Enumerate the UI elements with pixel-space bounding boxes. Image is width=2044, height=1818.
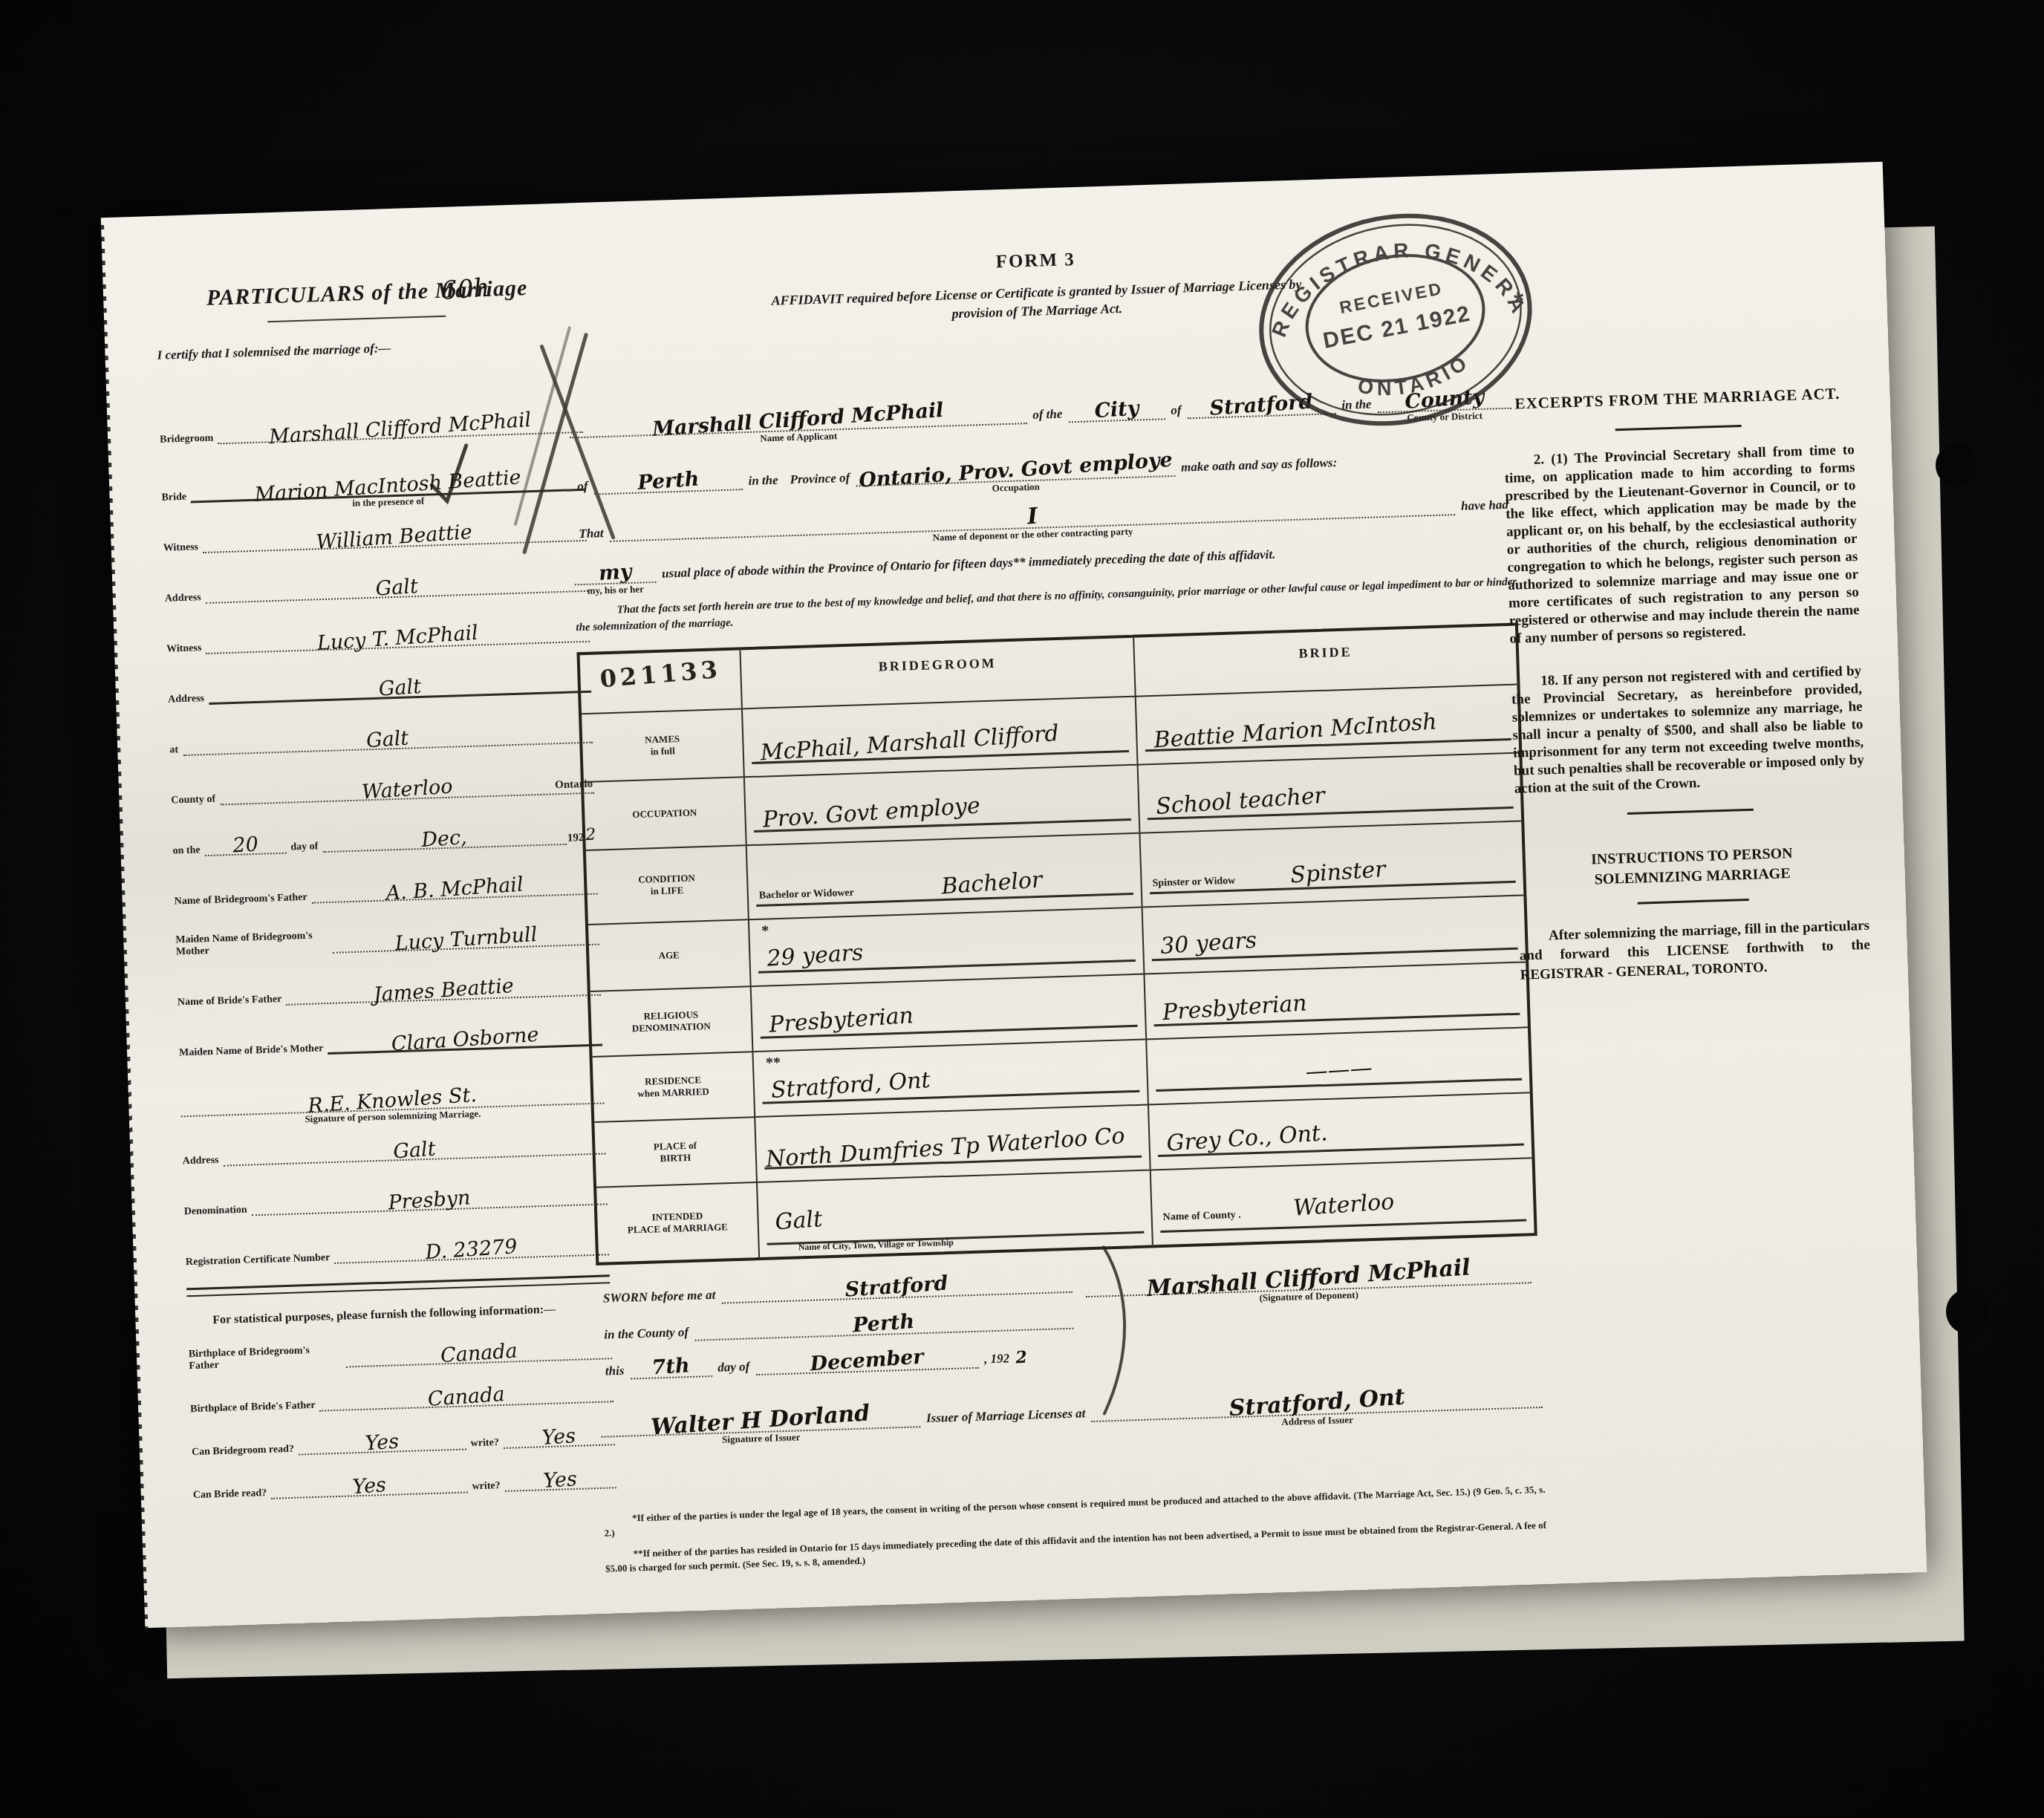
of-the-print: of the xyxy=(1026,406,1069,424)
marriage-affidavit-document: 60h PARTICULARS of the Marriage I certif… xyxy=(101,162,1927,1628)
field-label: Can Bride read? xyxy=(193,1488,272,1502)
field-label: on the xyxy=(172,844,204,857)
punch-hole-top xyxy=(1936,444,1977,486)
instructions-divider xyxy=(1627,809,1754,815)
title-divider xyxy=(267,316,446,323)
bride-occupation-cell: School teacher xyxy=(1137,752,1522,833)
occupation-segment: Ontario, Prov. Govt employe Occupation xyxy=(856,454,1176,486)
issuer-address-segment: Stratford, Ont Address of Issuer xyxy=(1091,1383,1543,1422)
bride-religion-cell: Presbyterian xyxy=(1143,961,1528,1038)
handwritten-groom-birthplace: North Dumfries Tp Waterloo Co xyxy=(765,1123,1126,1173)
excerpt-paragraph-2-1: 2. (1) The Provincial Secretary shall fr… xyxy=(1504,441,1861,648)
bride-residence-dash: ——— xyxy=(1304,1055,1373,1085)
groom-intended-place-cell: Galt Name of City, Town, Village or Town… xyxy=(756,1169,1152,1257)
handwritten-sworn-county: Perth xyxy=(852,1310,915,1337)
year-print: , 192 xyxy=(978,1351,1016,1369)
sworn-line-1: SWORN before me at Stratford xyxy=(596,1270,1073,1308)
scanned-document-scene: 60h PARTICULARS of the Marriage I certif… xyxy=(0,0,2044,1818)
handwritten-day: 20 xyxy=(232,833,258,857)
field-label: Bride xyxy=(161,492,191,504)
spinster-or-widow-label: Spinster or Widow xyxy=(1152,876,1235,890)
handwritten-my: my xyxy=(598,560,632,585)
field-label: Address xyxy=(165,592,206,605)
field-line: Yes xyxy=(502,1401,615,1449)
field-line: Dec, xyxy=(321,793,566,853)
sworn-county-segment: Perth xyxy=(694,1306,1074,1341)
my-his-or-her-label: my, his or her xyxy=(587,583,644,596)
deponent-line: That I Name of deponent or the other con… xyxy=(573,489,1514,544)
bridegroom-bride-table: 021133 BRIDEGROOM BRIDE NAMES in full Mc… xyxy=(576,622,1537,1265)
particulars-title: PARTICULARS of the Marriage xyxy=(155,274,579,313)
row-label-line1: NAMES xyxy=(645,733,680,746)
name-of-applicant-label: Name of Applicant xyxy=(760,430,837,444)
handwritten-intended-county: Waterloo xyxy=(1292,1189,1395,1222)
handwritten-bride-occupation: School teacher xyxy=(1155,783,1326,820)
field-line: Yes xyxy=(297,1406,466,1456)
sworn-before-print: SWORN before me at xyxy=(596,1288,721,1308)
bride-age-cell: 30 years xyxy=(1142,894,1526,973)
bride-intended-county-cell: Name of County . Waterloo xyxy=(1150,1157,1534,1245)
particulars-fields: Bridegroom Marshall Clifford McPhail Bri… xyxy=(158,382,609,1268)
write-label: write? xyxy=(466,1437,504,1450)
row-label-line2: BIRTH xyxy=(660,1152,691,1164)
row-label: RESIDENCE when MARRIED xyxy=(593,1051,755,1121)
issuer-signature-row: Walter H Dorland Signature of Issuer Iss… xyxy=(601,1383,1543,1438)
occupation-label: Occupation xyxy=(992,481,1040,495)
groom-religion-cell: Presbyterian xyxy=(750,974,1146,1052)
row-label-line2: PLACE of MARRIAGE xyxy=(628,1221,728,1236)
sworn-section: SWORN before me at Stratford in the Coun… xyxy=(596,1255,1543,1470)
issuer-at-print: Issuer of Marriage Licenses at xyxy=(920,1406,1092,1427)
handwritten-bride-religion: Presbyterian xyxy=(1162,990,1308,1026)
groom-names-cell: McPhail, Marshall Clifford xyxy=(741,696,1137,777)
row-label-line1: OCCUPATION xyxy=(632,807,697,821)
signature-of-issuer-label: Signature of Issuer xyxy=(722,1431,801,1445)
field-line: D. 23279 xyxy=(333,1203,609,1264)
address-of-issuer-label: Address of Issuer xyxy=(1281,1414,1353,1428)
handwritten-bride-birthplace: Grey Co., Ont. xyxy=(1166,1120,1329,1156)
field-label: Witness xyxy=(163,541,204,555)
header-spacer-cell xyxy=(580,650,741,700)
province-of-print: Province of xyxy=(784,470,856,489)
punch-hole-bottom xyxy=(1946,1289,1989,1334)
row-label-line1: CONDITION xyxy=(638,872,695,885)
deponent-signature-block: Marshall Clifford McPhail (Signature of … xyxy=(1085,1258,1532,1297)
field-label: Registration Certificate Number xyxy=(186,1252,335,1268)
handwritten-value: Yes xyxy=(352,1473,387,1499)
handwritten-sworn-month: December xyxy=(810,1345,925,1375)
row-label-line2: in full xyxy=(651,745,675,757)
my-segment: my my, his or her xyxy=(574,560,657,585)
instructions-title: INSTRUCTIONS TO PERSON SOLEMNIZING MARRI… xyxy=(1517,841,1868,893)
groom-birthplace-cell: North Dumfries Tp Waterloo Co xyxy=(754,1104,1150,1182)
row-label-line2: DENOMINATION xyxy=(632,1020,711,1035)
excerpts-divider xyxy=(1615,425,1742,431)
row-label-line2: when MARRIED xyxy=(637,1086,709,1100)
row-label-line1: AGE xyxy=(658,949,680,962)
groom-residence-cell: ** Stratford, Ont xyxy=(752,1039,1148,1117)
row-label: INTENDED PLACE of MARRIAGE xyxy=(596,1182,758,1262)
row-label: NAMES in full xyxy=(582,708,743,781)
row-label: OCCUPATION xyxy=(584,776,746,850)
signature-of-deponent-label: (Signature of Deponent) xyxy=(1259,1289,1358,1304)
field-line: 20 xyxy=(204,802,287,856)
affidavit-panel: FORM 3 AFFIDAVIT required before License… xyxy=(564,236,1547,1583)
handwritten-intended-place: Galt xyxy=(775,1206,824,1235)
deponent-label: Name of deponent or the other contractin… xyxy=(932,526,1133,544)
bachelor-or-widower-label: Bachelor or Widower xyxy=(759,887,855,902)
sworn-line-2: in the County of Perth xyxy=(598,1306,1074,1344)
sworn-place-segment: Stratford xyxy=(721,1270,1073,1304)
field-label: Witness xyxy=(166,642,206,656)
field-label: Address xyxy=(182,1155,223,1168)
row-label-line2: in LIFE xyxy=(651,884,684,897)
handwritten-value: Yes xyxy=(543,1467,578,1493)
particulars-panel: PARTICULARS of the Marriage I certify th… xyxy=(155,274,616,1502)
abode-print: usual place of abode within the Province… xyxy=(656,547,1282,582)
issuer-signature-segment: Walter H Dorland Signature of Issuer xyxy=(601,1402,921,1437)
residence-footnote-mark: ** xyxy=(766,1055,781,1072)
svg-text:ONTARIO: ONTARIO xyxy=(1351,348,1477,408)
in-the-print: in the xyxy=(742,472,784,490)
handwritten-groom-residence: Stratford, Ont xyxy=(770,1067,931,1104)
deponent-segment: I Name of deponent or the other contract… xyxy=(609,490,1456,542)
applicant-name-segment: Marshall Clifford McPhail Name of Applic… xyxy=(569,401,1026,438)
handwritten-deponent: I xyxy=(1026,504,1038,530)
handwritten-sworn-day: 7th xyxy=(651,1354,691,1379)
footnotes: *If either of the parties is under the l… xyxy=(604,1482,1547,1576)
oath-print: make oath and say as follows: xyxy=(1175,455,1344,477)
write-label: write? xyxy=(467,1480,505,1493)
handwritten-groom-religion: Presbyterian xyxy=(768,1003,914,1038)
row-label: AGE xyxy=(588,919,750,991)
of-print: of xyxy=(571,478,594,495)
city-town-village-label: Name of City, Town, Village or Township xyxy=(798,1237,954,1254)
groom-occupation-cell: Prov. Govt employe xyxy=(743,764,1139,845)
handwritten-county: Perth xyxy=(637,468,700,495)
bride-names-cell: Beattie Marion McIntosh xyxy=(1135,684,1520,764)
row-label: CONDITION in LIFE xyxy=(586,844,748,924)
this-print: this xyxy=(599,1363,631,1381)
in-county-print: in the County of xyxy=(598,1325,694,1344)
sworn-month-segment: December xyxy=(755,1346,979,1375)
handwritten-sworn-place: Stratford xyxy=(844,1272,949,1302)
excerpt-paragraph-18: 18. If any person not registered with an… xyxy=(1511,662,1865,798)
bride-residence-cell: ——— xyxy=(1145,1026,1530,1104)
county-occupation-line: of Perth in the Province of Ontario, Pro… xyxy=(571,443,1513,496)
row-label: RELIGIOUS DENOMINATION xyxy=(590,985,752,1056)
place-type-segment: City xyxy=(1068,397,1165,423)
county-segment: Perth xyxy=(593,467,743,495)
sworn-day-segment: 7th xyxy=(630,1354,712,1379)
statistical-fields: Birthplace of Bridegroom's Father Canada… xyxy=(188,1316,616,1502)
handwritten-place-type: City xyxy=(1093,397,1139,423)
handwritten-bride-condition: Spinster xyxy=(1289,856,1386,888)
handwritten-sworn-year: 2 xyxy=(1015,1348,1027,1368)
handwritten-groom-names: McPhail, Marshall Clifford xyxy=(760,720,1060,766)
instructions-body: After solemnizing the marriage, fill in … xyxy=(1519,916,1871,985)
bride-condition-cell: Spinster or Widow Spinster xyxy=(1139,820,1523,906)
instructions-title-divider xyxy=(1638,899,1749,905)
certify-line: I certify that I solemnised the marriage… xyxy=(157,335,580,363)
handwritten-bride-names: Beattie Marion McIntosh xyxy=(1153,708,1438,753)
handwritten-groom-age: 29 years xyxy=(766,939,864,972)
groom-condition-cell: Bachelor or Widower Bachelor xyxy=(746,833,1142,919)
day-of-print: day of xyxy=(712,1359,756,1377)
field-line: Yes xyxy=(270,1449,467,1499)
row-label: PLACE of BIRTH xyxy=(594,1116,756,1187)
row-label-line1: PLACE of xyxy=(654,1140,697,1153)
of-print: of xyxy=(1165,403,1188,420)
excerpts-panel: EXCERPTS FROM THE MARRIAGE ACT. 2. (1) T… xyxy=(1502,382,1871,985)
handwritten-groom-condition: Bachelor xyxy=(940,867,1043,899)
groom-age-cell: * 29 years xyxy=(748,907,1144,986)
stamp-bottom-arc-text: ONTARIO xyxy=(1351,348,1477,408)
that-print: That xyxy=(573,526,610,544)
handwritten-bride-age: 30 years xyxy=(1159,928,1257,960)
handwritten-value: D. 23279 xyxy=(425,1235,518,1264)
age-footnote-mark: * xyxy=(761,922,769,939)
sworn-line-3: this 7th day of December , 192 2 xyxy=(599,1343,1075,1381)
handwritten-groom-occupation: Prov. Govt employe xyxy=(762,792,981,833)
deponent-signature-segment: Marshall Clifford McPhail (Signature of … xyxy=(1085,1258,1532,1297)
bride-birthplace-cell: Grey Co., Ont. xyxy=(1148,1092,1532,1169)
field-line: Yes xyxy=(504,1444,616,1492)
section-divider xyxy=(186,1274,610,1297)
field-label: at xyxy=(169,744,183,757)
name-of-county-label: Name of County . xyxy=(1163,1210,1241,1224)
